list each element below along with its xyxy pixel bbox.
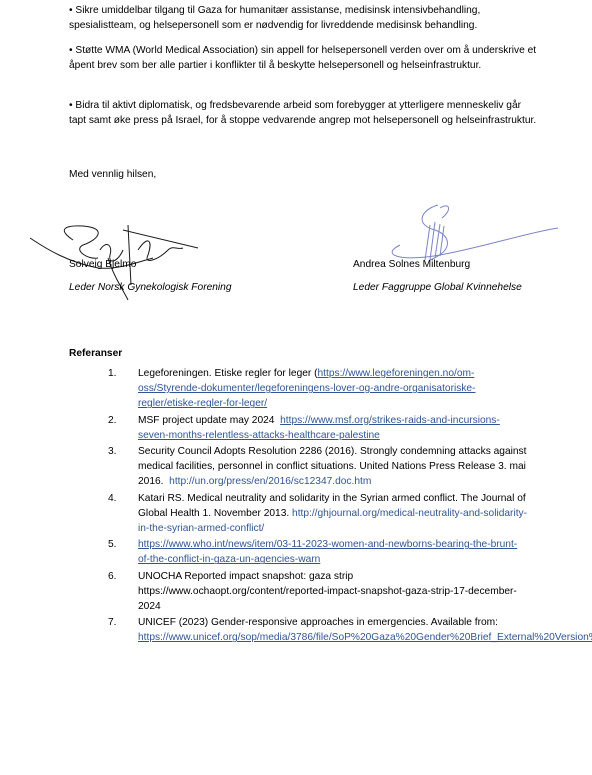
reference-item: 2. MSF project update may 2024 https://w… xyxy=(108,413,528,443)
reference-number: 4. xyxy=(108,491,117,506)
references-list: 1. Legeforeningen. Etiske regler for leg… xyxy=(108,366,528,647)
reference-item: 3. Security Council Adopts Resolution 22… xyxy=(108,444,528,490)
signatory-name-1: Solveig Bjelmo xyxy=(69,257,136,272)
reference-number: 5. xyxy=(108,537,117,552)
bullet-paragraph-2: • Støtte WMA (World Medical Association)… xyxy=(69,43,539,73)
references-heading: Referanser xyxy=(69,346,122,361)
reference-text: Legeforeningen. Etiske regler for leger … xyxy=(138,368,318,379)
reference-text: UNICEF (2023) Gender-responsive approach… xyxy=(138,617,498,628)
reference-number: 7. xyxy=(108,615,117,630)
reference-item: 4. Katari RS. Medical neutrality and sol… xyxy=(108,491,528,537)
signatory-title-1: Leder Norsk Gynekologisk Forening xyxy=(69,280,232,295)
signatory-title-2: Leder Faggruppe Global Kvinnehelse xyxy=(353,280,522,295)
reference-link[interactable]: https://www.who.int/news/item/03-11-2023… xyxy=(138,539,517,565)
reference-number: 3. xyxy=(108,444,117,459)
reference-number: 6. xyxy=(108,569,117,584)
reference-item: 7. UNICEF (2023) Gender-responsive appro… xyxy=(108,615,528,645)
document-page: • Sikre umiddelbar tilgang til Gaza for … xyxy=(0,0,592,775)
reference-item: 1. Legeforeningen. Etiske regler for leg… xyxy=(108,366,528,412)
reference-link[interactable]: http://un.org/press/en/2016/sc12347.doc.… xyxy=(169,476,371,487)
reference-number: 2. xyxy=(108,413,117,428)
reference-item: 6. UNOCHA Reported impact snapshot: gaza… xyxy=(108,569,528,615)
reference-text: MSF project update may 2024 xyxy=(138,415,280,426)
reference-text: UNOCHA Reported impact snapshot: gaza st… xyxy=(138,571,517,612)
reference-number: 1. xyxy=(108,366,117,381)
bullet-paragraph-1: • Sikre umiddelbar tilgang til Gaza for … xyxy=(69,3,539,33)
reference-link[interactable]: https://www.unicef.org/sop/media/3786/fi… xyxy=(138,632,592,643)
bullet-paragraph-3: • Bidra til aktivt diplomatisk, og freds… xyxy=(69,98,539,128)
reference-item: 5. https://www.who.int/news/item/03-11-2… xyxy=(108,537,528,567)
closing-salutation: Med vennlig hilsen, xyxy=(69,167,156,182)
signatory-name-2: Andrea Solnes Miltenburg xyxy=(353,257,470,272)
